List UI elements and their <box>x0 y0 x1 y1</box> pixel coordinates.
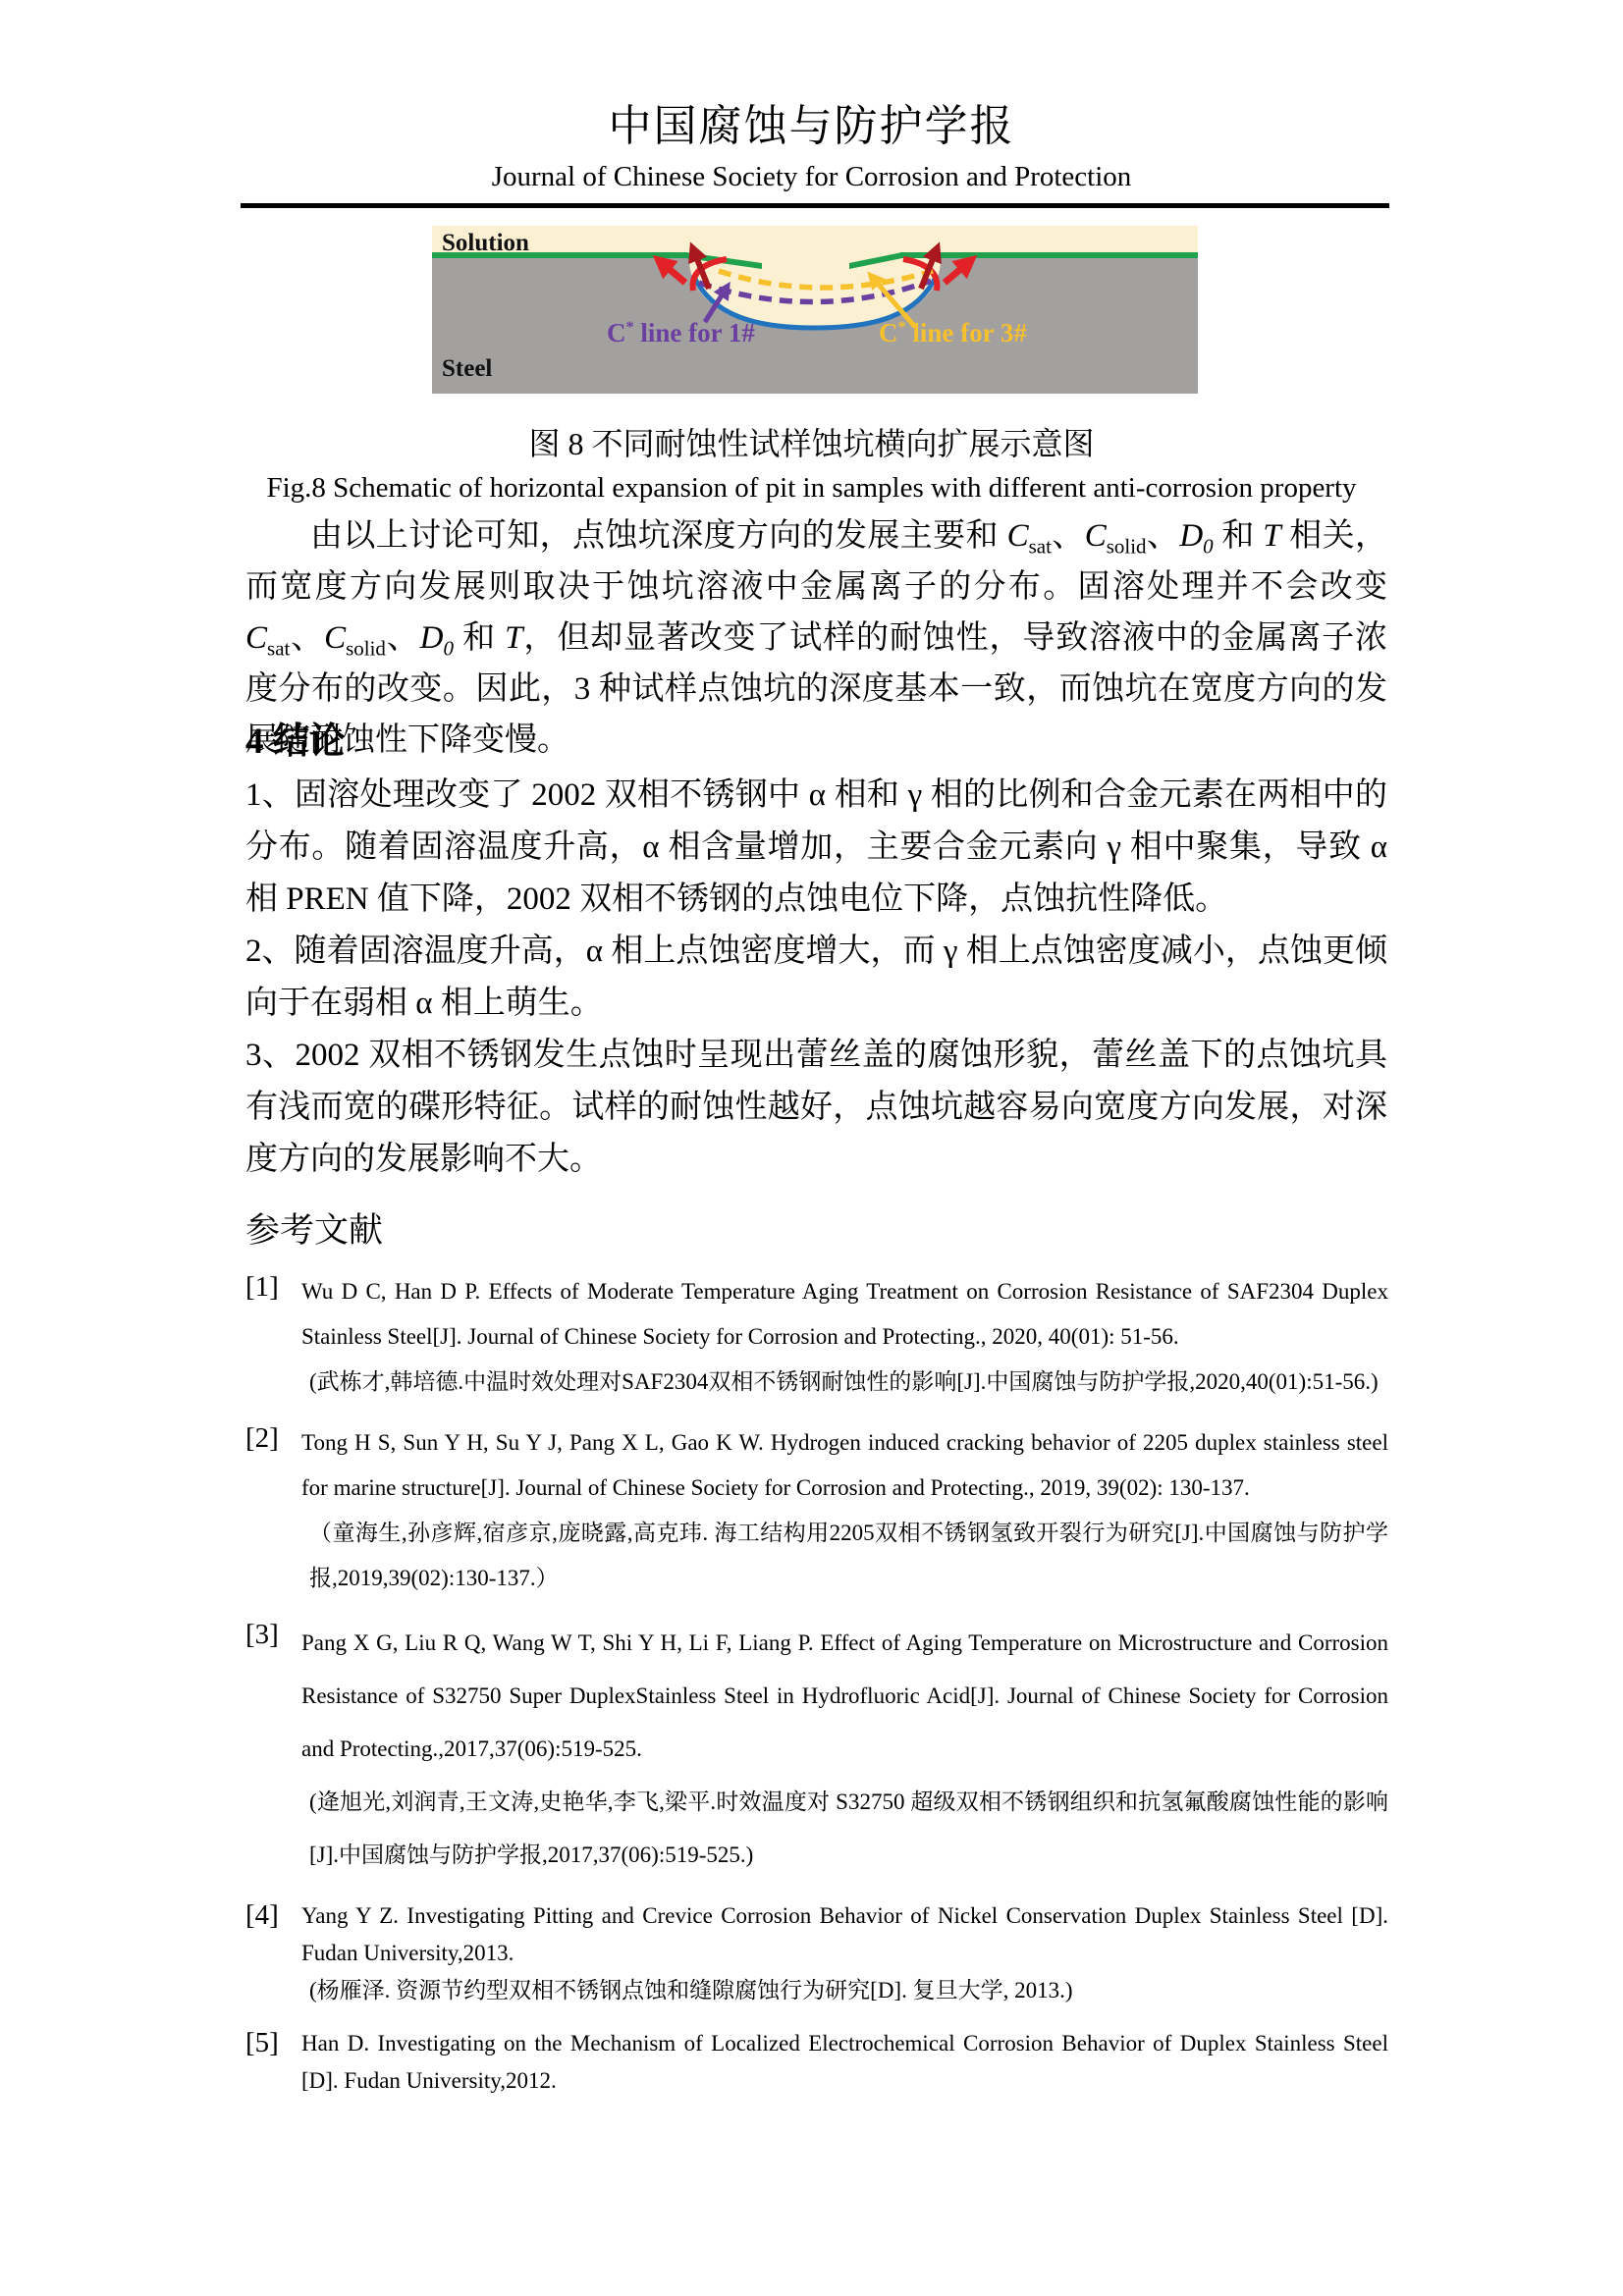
reference-item-1: [1] Wu D C, Han D P. Effects of Moderate… <box>245 1269 1388 1405</box>
reference-english: Tong H S, Sun Y H, Su Y J, Pang X L, Gao… <box>301 1420 1388 1511</box>
reference-marker: [3] <box>245 1615 279 1655</box>
reference-chinese: (逄旭光,刘润青,王文涛,史艳华,李飞,梁平.时效温度对 S32750 超级双相… <box>301 1776 1388 1882</box>
reference-english: Han D. Investigating on the Mechanism of… <box>301 2025 1388 2100</box>
steel-label: Steel <box>442 355 492 383</box>
reference-item-5: [5] Han D. Investigating on the Mechanis… <box>245 2025 1388 2100</box>
c-line-1-superscript: * <box>626 318 634 336</box>
reference-english: Yang Y Z. Investigating Pitting and Crev… <box>301 1897 1388 1972</box>
reference-item-4: [4] Yang Y Z. Investigating Pitting and … <box>245 1897 1388 2009</box>
figure-8-schematic: Solution Steel C* line for 1# C* line fo… <box>432 226 1198 394</box>
reference-chinese: (武栋才,韩培德.中温时效处理对SAF2304双相不锈钢耐蚀性的影响[J].中国… <box>301 1360 1388 1405</box>
reference-item-3: [3] Pang X G, Liu R Q, Wang W T, Shi Y H… <box>245 1617 1388 1882</box>
reference-english: Wu D C, Han D P. Effects of Moderate Tem… <box>301 1269 1388 1360</box>
reference-marker: [1] <box>245 1267 279 1308</box>
c-line-1-text: line for 1# <box>634 318 755 347</box>
conclusion-item-2: 2、随着固溶温度升高，α 相上点蚀密度增大，而 γ 相上点蚀密度减小，点蚀更倾向… <box>245 926 1387 1030</box>
figure-caption-en: Fig.8 Schematic of horizontal expansion … <box>0 469 1623 507</box>
figure-caption-cn: 图 8 不同耐蚀性试样蚀坑横向扩展示意图 <box>0 424 1623 463</box>
reference-english: Pang X G, Liu R Q, Wang W T, Shi Y H, Li… <box>301 1617 1388 1776</box>
reference-marker: [2] <box>245 1418 279 1459</box>
conclusion-item-3: 3、2002 双相不锈钢发生点蚀时呈现出蕾丝盖的腐蚀形貌，蕾丝盖下的点蚀坑具有浅… <box>245 1030 1387 1186</box>
reference-marker: [5] <box>245 2023 279 2063</box>
references-list: [1] Wu D C, Han D P. Effects of Moderate… <box>245 1269 1388 2115</box>
reference-chinese: （童海生,孙彦辉,宿彦京,庞晓露,高克玮. 海工结构用2205双相不锈钢氢致开裂… <box>301 1511 1388 1601</box>
references-heading: 参考文献 <box>245 1209 383 1253</box>
section-heading-conclusions: 4 结论 <box>245 721 346 764</box>
reference-item-2: [2] Tong H S, Sun Y H, Su Y J, Pang X L,… <box>245 1420 1388 1601</box>
journal-page: 中国腐蚀与防护学报 Journal of Chinese Society for… <box>0 0 1623 2296</box>
reference-chinese: (杨雁泽. 资源节约型双相不锈钢点蚀和缝隙腐蚀行为研究[D]. 复旦大学, 20… <box>301 1972 1388 2009</box>
conclusions-list: 1、固溶处理改变了 2002 双相不锈钢中 α 相和 γ 相的比例和合金元素在两… <box>245 770 1387 1186</box>
journal-title-en: Journal of Chinese Society for Corrosion… <box>0 157 1623 196</box>
header-rule <box>241 203 1389 208</box>
journal-title-cn: 中国腐蚀与防护学报 <box>0 101 1623 152</box>
c-line-1-symbol: C <box>607 318 626 347</box>
surface-green-line-right <box>900 252 1198 258</box>
c-line-3-text: line for 3# <box>906 318 1027 347</box>
conclusion-item-1: 1、固溶处理改变了 2002 双相不锈钢中 α 相和 γ 相的比例和合金元素在两… <box>245 770 1387 926</box>
reference-marker: [4] <box>245 1896 279 1936</box>
pit-schematic-svg <box>432 226 1198 394</box>
body-paragraph: 由以上讨论可知，点蚀坑深度方向的发展主要和 Csat、Csolid、D0 和 T… <box>245 510 1387 766</box>
c-line-3-superscript: * <box>898 318 906 336</box>
c-line-1-label: C* line for 1# <box>607 318 755 348</box>
solution-label: Solution <box>442 230 529 257</box>
c-line-3-label: C* line for 3# <box>879 318 1027 348</box>
c-line-3-symbol: C <box>879 318 898 347</box>
